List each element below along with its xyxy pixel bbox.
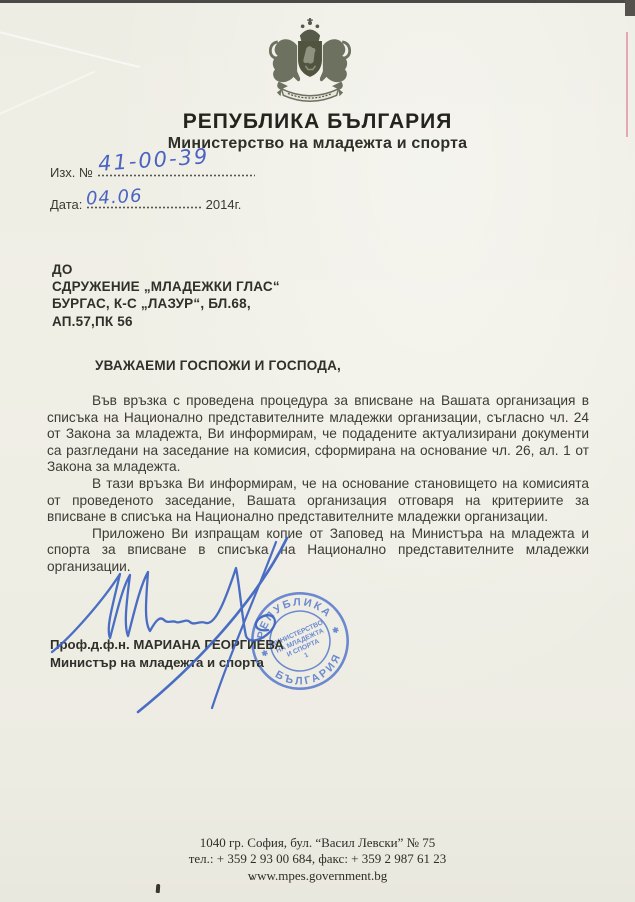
letterhead-footer: 1040 гр. София, бул. “Васил Левски” № 75… — [0, 835, 635, 884]
paper-crease — [0, 30, 140, 68]
date-line: Дата: 2014г. — [50, 197, 241, 212]
body-paragraph-2: В тази връзка Ви информирам, че на основ… — [47, 476, 589, 526]
recipient-address-line2: АП.57,ПК 56 — [52, 313, 280, 330]
recipient-address-line1: БУРГАС, К-С „ЛАЗУР“, БЛ.68, — [52, 295, 280, 312]
body-paragraph-3: Приложено Ви изпращам копие от Заповед н… — [47, 526, 589, 576]
recipient-to: ДО — [52, 261, 280, 278]
ink-blot-mark — [156, 884, 161, 893]
footer-address: 1040 гр. София, бул. “Васил Левски” № 75 — [0, 835, 635, 851]
salutation: УВАЖАЕМИ ГОСПОЖИ И ГОСПОДА, — [95, 358, 341, 373]
stamp-center-line4: 1 — [303, 651, 310, 659]
footer-phone-fax: тел.: + 359 2 93 00 684, факс: + 359 2 9… — [0, 851, 635, 867]
scan-edge-top — [0, 0, 635, 3]
outgoing-number-label: Изх. № — [50, 165, 93, 180]
date-label: Дата: — [50, 197, 82, 212]
page-title-country: РЕПУБЛИКА БЪЛГАРИЯ — [0, 110, 635, 134]
signature-block: Проф.д.ф.н. МАРИАНА ГЕОРГИЕВА Министър н… — [50, 636, 284, 671]
page-title-ministry: Министерство на младежта и спорта — [0, 135, 635, 153]
signer-name: Проф.д.ф.н. МАРИАНА ГЕОРГИЕВА — [50, 636, 284, 654]
recipient-address-block: ДО СДРУЖЕНИЕ „МЛАДЕЖКИ ГЛАС“ БУРГАС, К-С… — [52, 261, 280, 330]
letter-body: Във връзка с проведена процедура за впис… — [47, 393, 589, 576]
footer-website: www.mpes.government.bg — [0, 868, 635, 884]
bulgaria-coat-of-arms-icon — [252, 18, 368, 110]
scanned-letter-page: РЕПУБЛИКА БЪЛГАРИЯ Министерство на младе… — [0, 0, 635, 902]
handwritten-date: 04.06 — [85, 186, 143, 210]
recipient-name: СДРУЖЕНИЕ „МЛАДЕЖКИ ГЛАС“ — [52, 278, 280, 295]
year-suffix: 2014г. — [206, 197, 242, 212]
signer-title: Министър на младежта и спорта — [50, 654, 284, 672]
stamp-separator-star-icon: ✱ — [331, 625, 340, 636]
scan-edge-corner — [625, 0, 635, 16]
body-paragraph-1: Във връзка с проведена процедура за впис… — [47, 393, 589, 476]
